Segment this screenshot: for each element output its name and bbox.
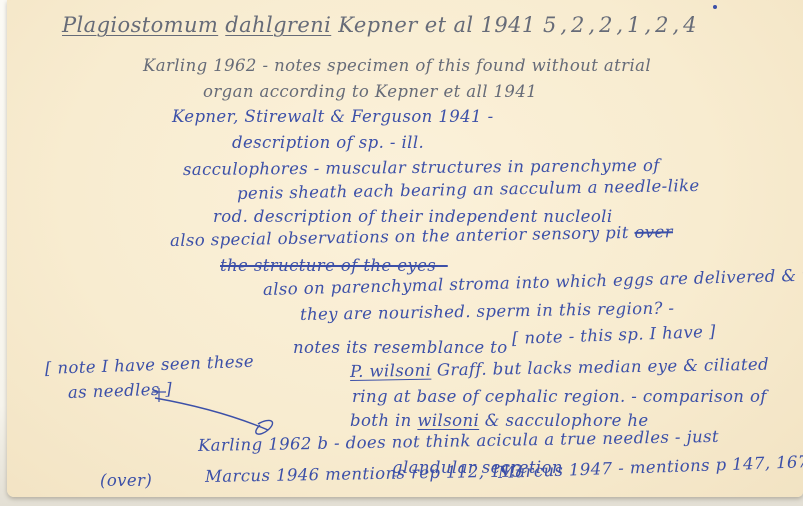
resemblance-line: notes its resemblance to [293,339,508,357]
wilsoni-line-2: ring at base of cephalic region. - compa… [352,388,767,406]
wilsoni-line-1: P. wilsoni Graff. but lacks median eye &… [350,356,769,381]
margin-note-line-1: [ note I have seen these [45,353,255,378]
marcus-1946-line: Marcus 1946 mentions rep 112, 113 [205,462,523,486]
struck-out-line: the structure of the eyes - [220,257,448,275]
wilsoni-line-3: both in wilsoni & sacculophore he [350,412,649,430]
margin-note-line-2: as needles ] [68,380,173,402]
karling-1962-note-line-1: Karling 1962 - notes specimen of this fo… [143,57,651,75]
sacculophores-line-1: sacculophores - muscular structures in p… [183,157,660,179]
karling-1962b-line-1: Karling 1962 b - does not think acicula … [198,428,719,455]
observations-line: also special observations on the anterio… [170,223,673,250]
stroma-line-2: they are nourished. sperm in this region… [300,299,675,324]
bracket-note-right: [ note - this sp. I have ] [512,323,716,348]
sacculophores-line-2: penis sheath each bearing an sacculum a … [237,177,700,203]
karling-1962-note-line-2: organ according to Kepner et all 1941 [203,83,537,101]
kepner-reference-heading: Kepner, Stirewalt & Ferguson 1941 - [172,108,494,126]
title-line: Plagiostomum dahlgreni Kepner et al 1941 [62,14,536,37]
description-line: description of sp. - ill. [232,134,424,152]
handwriting-layer: Plagiostomum dahlgreni Kepner et al 1941… [0,0,803,506]
classification-code: 5,2,2,1,2,4 [543,14,701,37]
over-note: (over) [100,472,152,490]
